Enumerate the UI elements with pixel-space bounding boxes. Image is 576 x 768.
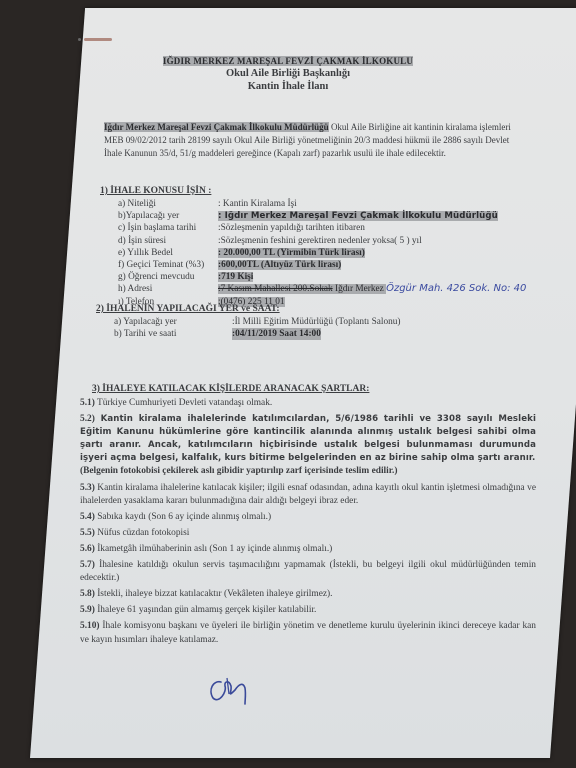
info-value: :Sözleşmenin yapıldığı tarihten itibaren <box>218 222 365 234</box>
info-row: h) Adresi:7 Kasım Mahallesi 200.Sokak Iğ… <box>100 283 526 295</box>
section2-title: 2) İHALENİN YAPILACAĞI YER ve SAAT: <box>96 304 280 314</box>
document-content: IĞDIR MERKEZ MAREŞAL FEVZİ ÇAKMAK İLKOKU… <box>0 0 576 768</box>
condition-number: 5.10) <box>80 621 100 631</box>
info-row: e) Yıllık Bedel: 20.000,00 TL (Yirmibin … <box>100 247 526 259</box>
info-key: a) Niteliği <box>100 198 218 210</box>
org-title: Okul Aile Birliği Başkanlığı <box>0 68 576 79</box>
condition-item: 5.4) Sabıka kaydı (Son 6 ay içinde alınm… <box>80 511 536 524</box>
info-value-text: :719 Kişi <box>218 272 253 282</box>
info-row: a) Niteliği: Kantin Kiralama İşi <box>100 198 526 210</box>
condition-text: Türkiye Cumhuriyeti Devleti vatandaşı ol… <box>95 398 272 408</box>
condition-item: 5.3) Kantin kiralama ihalelerine katılac… <box>80 482 536 508</box>
condition-text: İhale komisyonu başkanı ve üyeleri ile b… <box>80 621 536 644</box>
condition-item: 5.9) İhaleye 61 yaşından gün almamış ger… <box>80 604 536 617</box>
condition-number: 5.8) <box>80 589 95 599</box>
info-value-text: :Sözleşmenin yapıldığı tarihten itibaren <box>218 223 365 233</box>
condition-item: 5.6) İkametgâh ilmühaberinin aslı (Son 1… <box>80 543 536 556</box>
address-city: Iğdır Merkez <box>333 284 386 294</box>
info-value-text: :600,00TL (Altıyüz Türk lirası) <box>218 260 341 270</box>
condition-item: 5.1) Türkiye Cumhuriyeti Devleti vatanda… <box>80 397 536 410</box>
condition-number: 5.7) <box>80 560 95 570</box>
section1-table: a) Niteliği: Kantin Kiralama İşib)Yapıla… <box>100 198 526 308</box>
info-value: :7 Kasım Mahallesi 200.Sokak Iğdır Merke… <box>218 283 526 295</box>
condition-item: 5.10) İhale komisyonu başkanı ve üyeleri… <box>80 620 536 646</box>
condition-text: Kantin kiralama ihalelerine katılacak ki… <box>80 483 536 506</box>
condition-number: 5.9) <box>80 605 95 615</box>
condition-text: İstekli, ihaleye bizzat katılacaktır (Ve… <box>95 589 333 599</box>
intro-paragraph: Iğdır Merkez Mareşal Fevzi Çakmak İlkoku… <box>104 121 524 160</box>
condition-note: (Belgenin fotokobisi çekilerek aslı gibi… <box>80 466 398 476</box>
info-key: e) Yıllık Bedel <box>100 247 218 259</box>
section1-title: 1) İHALE KONUSU İŞİN : <box>100 186 211 196</box>
condition-text: Kantin kiralama ihalelerinde katılımcıla… <box>80 414 536 463</box>
info-row: f) Geçici Teminat (%3):600,00TL (Altıyüz… <box>100 259 526 271</box>
section2-table: a) Yapılacağı yer:İl Milli Eğitim Müdürl… <box>96 316 401 340</box>
info-value: :719 Kişi <box>218 271 253 283</box>
condition-item: 5.5) Nüfus cüzdan fotokopisi <box>80 527 536 540</box>
info-value: : Kantin Kiralama İşi <box>218 198 297 210</box>
handwritten-address: Özgür Mah. 426 Sok. No: 40 <box>386 283 526 294</box>
info-row: g) Öğrenci mevcudu:719 Kişi <box>100 271 526 283</box>
condition-number: 5.4) <box>80 512 95 522</box>
struck-address: :7 Kasım Mahallesi 200.Sokak <box>218 284 333 294</box>
condition-number: 5.1) <box>80 398 95 408</box>
info-row: c) İşin başlama tarihi:Sözleşmenin yapıl… <box>100 222 526 234</box>
info-row: d) İşin süresi:Sözleşmenin feshini gerek… <box>100 235 526 247</box>
condition-item: 5.8) İstekli, ihaleye bizzat katılacaktı… <box>80 588 536 601</box>
info-value: : 20.000,00 TL (Yirmibin Türk lirası) <box>218 247 365 259</box>
condition-text: İhalesine katıldığı okulun servis taşıma… <box>80 560 536 583</box>
condition-text: İhaleye 61 yaşından gün almamış gerçek k… <box>95 605 317 615</box>
section3-title: 3) İHALEYE KATILACAK KİŞİLERDE ARANACAK … <box>92 384 369 394</box>
handwritten-signature-icon <box>205 668 255 708</box>
condition-item: 5.7) İhalesine katıldığı okulun servis t… <box>80 559 536 585</box>
info-row: b) Tarihi ve saati:04/11/2019 Saat 14:00 <box>96 328 401 340</box>
info-value-text: : Iğdır Merkez Mareşal Fevzi Çakmak İlko… <box>218 211 498 221</box>
condition-item: 5.2) Kantin kiralama ihalelerinde katılı… <box>80 413 536 478</box>
condition-text: İkametgâh ilmühaberinin aslı (Son 1 ay i… <box>95 544 332 554</box>
condition-number: 5.2) <box>80 414 95 424</box>
info-value: :İl Milli Eğitim Müdürlüğü (Toplantı Sal… <box>232 316 401 328</box>
conditions-list: 5.1) Türkiye Cumhuriyeti Devleti vatanda… <box>80 397 536 650</box>
info-key: b)Yapılacağı yer <box>100 210 218 222</box>
info-key: c) İşin başlama tarihi <box>100 222 218 234</box>
info-key: g) Öğrenci mevcudu <box>100 271 218 283</box>
info-value: : Iğdır Merkez Mareşal Fevzi Çakmak İlko… <box>218 210 498 222</box>
info-key: b) Tarihi ve saati <box>96 328 232 340</box>
condition-number: 5.5) <box>80 528 95 538</box>
stamp-mark <box>84 38 112 41</box>
info-value-text: :Sözleşmenin feshini gerektiren nedenler… <box>218 236 422 246</box>
condition-number: 5.6) <box>80 544 95 554</box>
info-value: :04/11/2019 Saat 14:00 <box>232 328 321 340</box>
info-value: :Sözleşmenin feshini gerektiren nedenler… <box>218 235 422 247</box>
document-title: Kantin İhale İlanı <box>0 81 576 92</box>
info-value-text: : Kantin Kiralama İşi <box>218 199 297 209</box>
ink-dot <box>78 38 81 41</box>
condition-text: Sabıka kaydı (Son 6 ay içinde alınmış ol… <box>95 512 271 522</box>
info-key: f) Geçici Teminat (%3) <box>100 259 218 271</box>
info-value: :600,00TL (Altıyüz Türk lirası) <box>218 259 341 271</box>
info-row: a) Yapılacağı yer:İl Milli Eğitim Müdürl… <box>96 316 401 328</box>
info-value-text: : 20.000,00 TL (Yirmibin Türk lirası) <box>218 248 365 258</box>
condition-number: 5.3) <box>80 483 95 493</box>
school-title: IĞDIR MERKEZ MAREŞAL FEVZİ ÇAKMAK İLKOKU… <box>0 56 576 66</box>
info-key: d) İşin süresi <box>100 235 218 247</box>
condition-text: Nüfus cüzdan fotokopisi <box>95 528 190 538</box>
info-key: a) Yapılacağı yer <box>96 316 232 328</box>
info-row: b)Yapılacağı yer: Iğdır Merkez Mareşal F… <box>100 210 526 222</box>
info-key: h) Adresi <box>100 283 218 295</box>
